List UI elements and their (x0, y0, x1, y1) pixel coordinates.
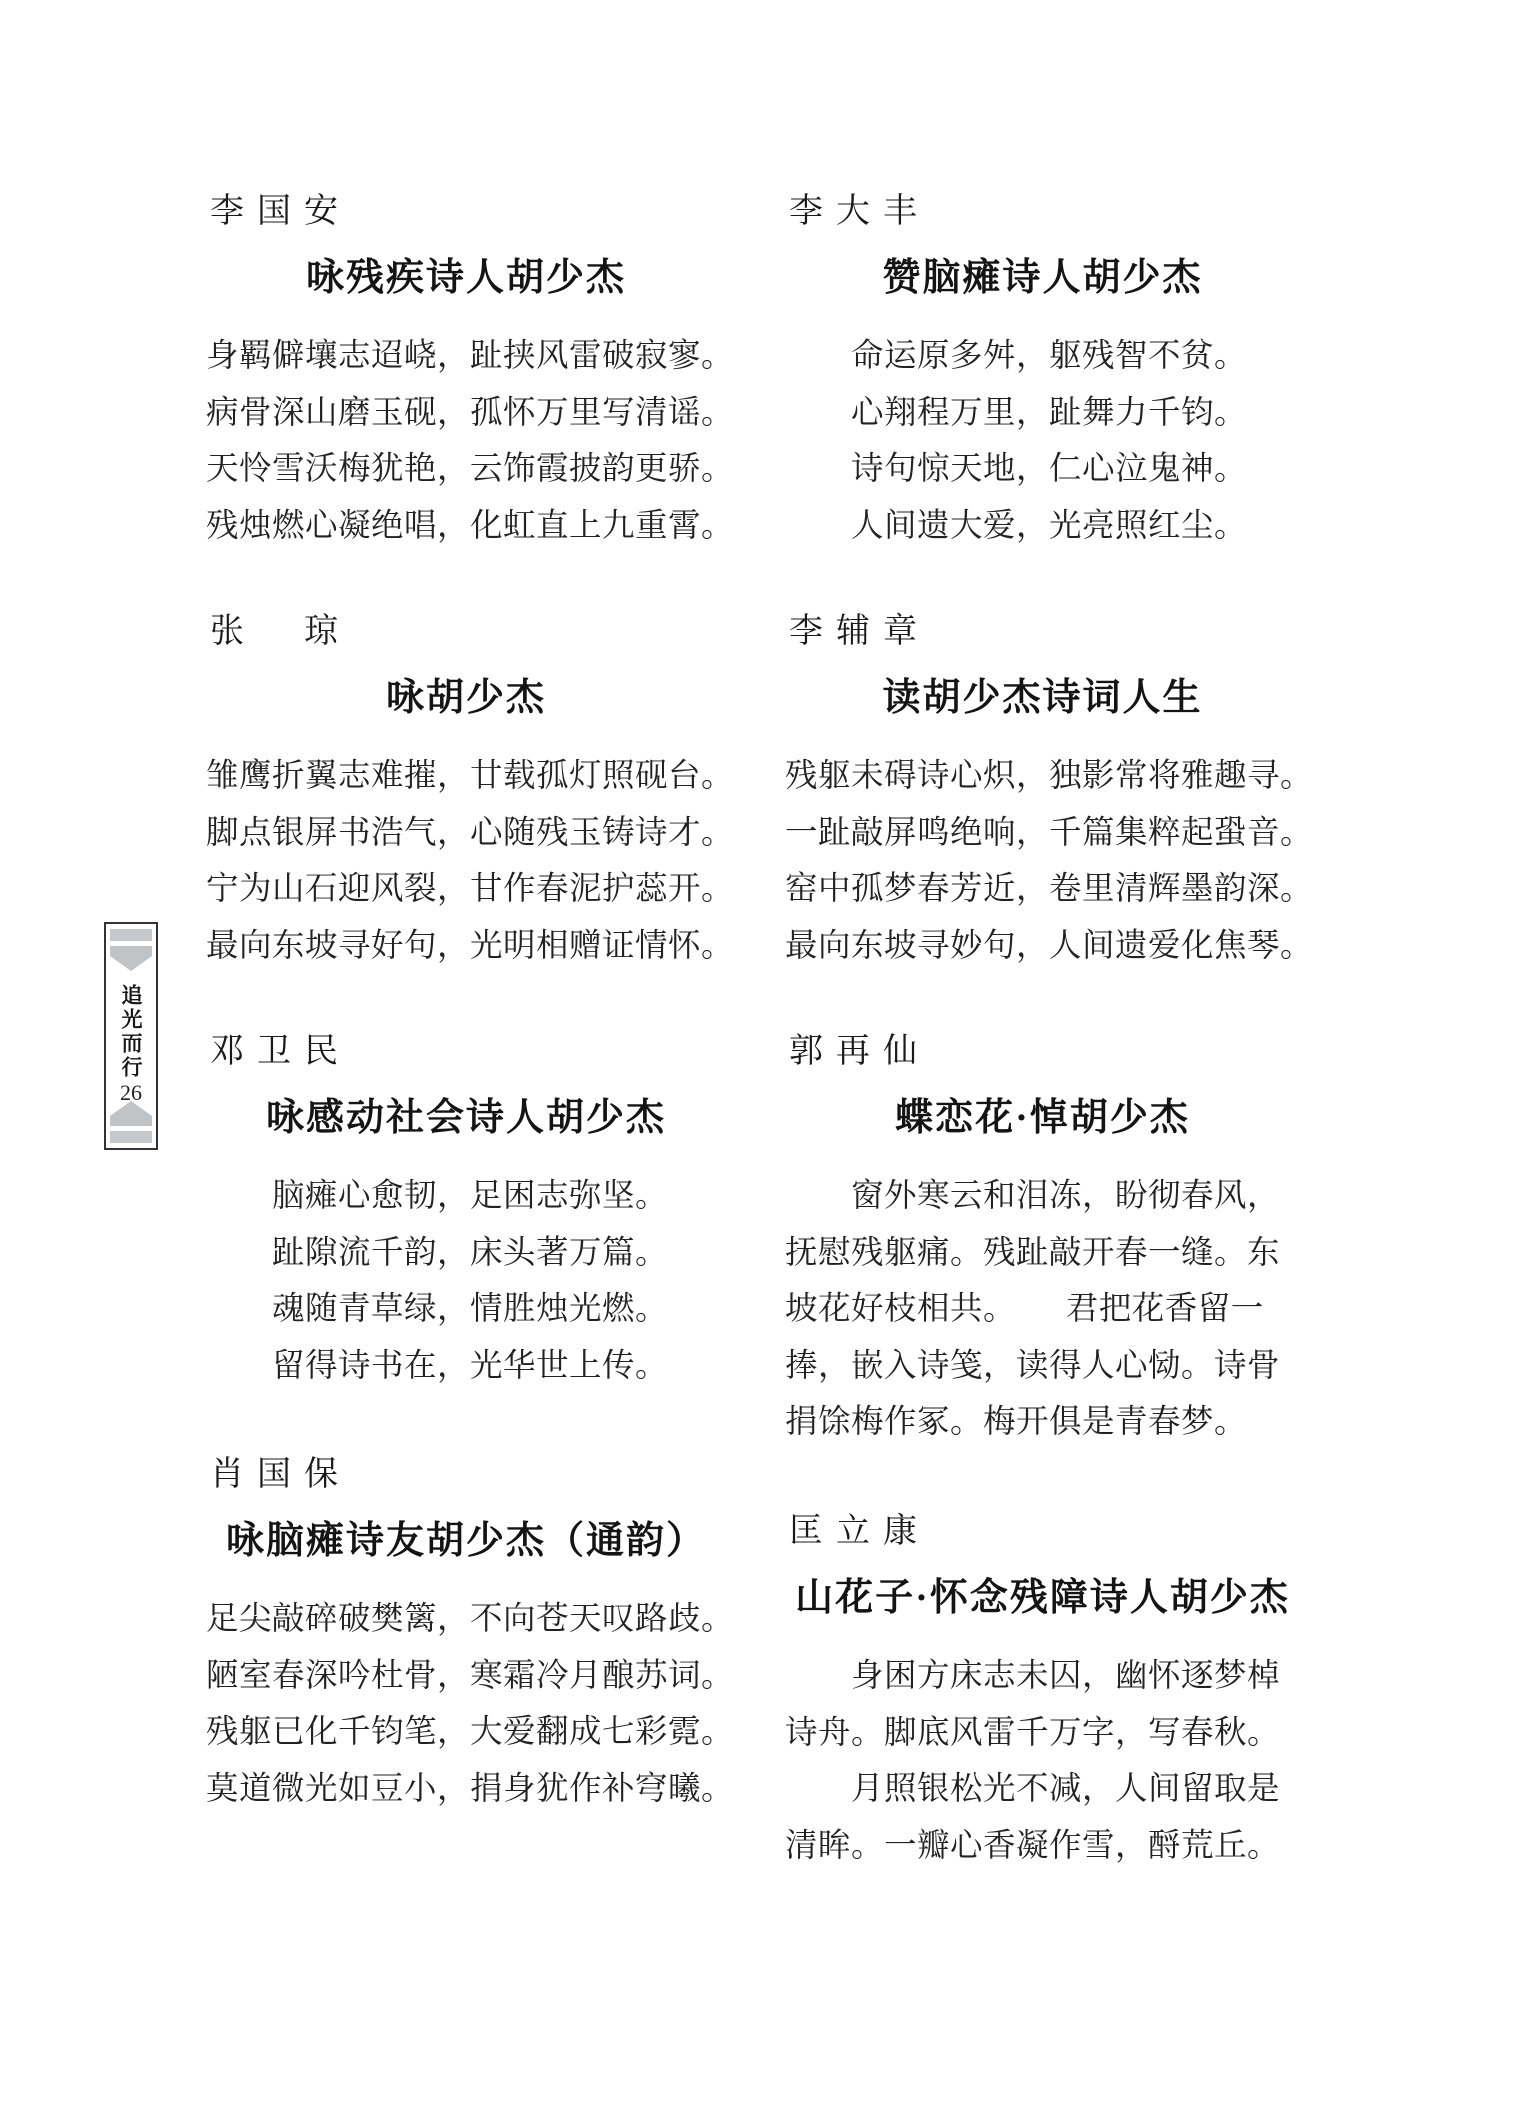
poem-block: 匡立康 山花子·怀念残障诗人胡少杰 身困方床志未囚，幽怀逐梦棹 诗舟。脚底风雷千… (785, 1510, 1300, 1874)
verse-line: 人间遗大爱，光亮照红尘。 (785, 498, 1300, 555)
poem-verses: 身羁僻壤志迢峣，趾挟风雷破寂寥。 病骨深山磨玉砚，孤怀万里写清谣。 天怜雪沃梅犹… (206, 328, 726, 554)
poem-block: 李大丰 赞脑瘫诗人胡少杰 命运原多舛，躯残智不贫。 心翔程万里，趾舞力千钧。 诗… (785, 190, 1300, 554)
verse-line: 陋室春深吟杜骨，寒霜冷月酿苏词。 (206, 1648, 726, 1705)
verse-line: 足尖敲碎破樊篱，不向苍天叹路歧。 (206, 1591, 726, 1648)
poem-verses: 雏鹰折翼志难摧，廿载孤灯照砚台。 脚点银屏书浩气，心随残玉铸诗才。 宁为山石迎风… (206, 748, 726, 974)
spine-top-bar (110, 929, 152, 941)
poem-title: 读胡少杰诗词人生 (785, 672, 1300, 724)
spine-bottom-bar (110, 1131, 152, 1143)
verse-line: 残烛燃心凝绝唱，化虹直上九重霄。 (206, 498, 726, 555)
poem-block: 肖国保 咏脑瘫诗友胡少杰（通韵） 足尖敲碎破樊篱，不向苍天叹路歧。 陋室春深吟杜… (206, 1453, 726, 1817)
verse-line: 残躯已化千钧笔，大爱翻成七彩霓。 (206, 1704, 726, 1761)
poem-title: 咏感动社会诗人胡少杰 (206, 1092, 726, 1144)
verse-line: 最向东坡寻妙句，人间遗爱化焦琴。 (785, 918, 1300, 975)
verse-line: 窗外寒云和泪冻，盼彻春风， (785, 1168, 1300, 1225)
verse-line: 天怜雪沃梅犹艳，云饰霞披韵更骄。 (206, 441, 726, 498)
book-page: 追光而行 26 李国安 咏残疾诗人胡少杰 身羁僻壤志迢峣，趾挟风雷破寂寥。 病骨… (0, 0, 1525, 2115)
verse-line: 诗句惊天地，仁心泣鬼神。 (785, 441, 1300, 498)
verse-line: 命运原多舛，躯残智不贫。 (785, 328, 1300, 385)
verse-line: 魂随青草绿，情胜烛光燃。 (206, 1281, 726, 1338)
verse-line: 脚点银屏书浩气，心随残玉铸诗才。 (206, 805, 726, 862)
verse-line: 残躯未碍诗心炽，独影常将雅趣寻。 (785, 748, 1300, 805)
poem-verses: 身困方床志未囚，幽怀逐梦棹 诗舟。脚底风雷千万字，写春秋。 月照银松光不减，人间… (785, 1648, 1300, 1874)
poem-verses: 足尖敲碎破樊篱，不向苍天叹路歧。 陋室春深吟杜骨，寒霜冷月酿苏词。 残躯已化千钧… (206, 1591, 726, 1817)
poem-author: 匡立康 (789, 1510, 1300, 1554)
verse-line: 脑瘫心愈韧，足困志弥坚。 (206, 1168, 726, 1225)
verse-line: 留得诗书在，光华世上传。 (206, 1338, 726, 1395)
poem-author: 李大丰 (789, 190, 1300, 234)
verse-line: 月照银松光不减，人间留取是 (785, 1761, 1300, 1818)
spine-ribbon-top-icon (110, 946, 152, 971)
poem-author: 邓卫民 (210, 1030, 726, 1074)
poem-author: 郭再仙 (789, 1030, 1300, 1074)
verse-line: 宁为山石迎风裂，甘作春泥护蕊开。 (206, 861, 726, 918)
verse-line: 捐馀梅作冢。梅开俱是青春梦。 (785, 1394, 1300, 1451)
poem-title: 赞脑瘫诗人胡少杰 (785, 252, 1300, 304)
poem-verses: 命运原多舛，躯残智不贫。 心翔程万里，趾舞力千钧。 诗句惊天地，仁心泣鬼神。 人… (785, 328, 1300, 554)
poem-title: 蝶恋花·悼胡少杰 (785, 1092, 1300, 1144)
book-spine: 追光而行 26 (104, 922, 158, 1150)
verse-line: 最向东坡寻好句，光明相赠证情怀。 (206, 918, 726, 975)
poem-block: 李国安 咏残疾诗人胡少杰 身羁僻壤志迢峣，趾挟风雷破寂寥。 病骨深山磨玉砚，孤怀… (206, 190, 726, 554)
verse-line: 病骨深山磨玉砚，孤怀万里写清谣。 (206, 385, 726, 442)
poem-verses: 残躯未碍诗心炽，独影常将雅趣寻。 一趾敲屏鸣绝响，千篇集粹起蛩音。 窑中孤梦春芳… (785, 748, 1300, 974)
verse-line: 窑中孤梦春芳近，卷里清辉墨韵深。 (785, 861, 1300, 918)
poem-verses: 窗外寒云和泪冻，盼彻春风， 抚慰残躯痛。残趾敲开春一缝。东 坡花好枝相共。 君把… (785, 1168, 1300, 1451)
poem-author: 李辅章 (789, 610, 1300, 654)
poem-title: 咏胡少杰 (206, 672, 726, 724)
poem-author: 张 琼 (210, 610, 726, 654)
verse-line: 身羁僻壤志迢峣，趾挟风雷破寂寥。 (206, 328, 726, 385)
verse-line: 莫道微光如豆小，捐身犹作补穹曦。 (206, 1761, 726, 1818)
poem-block: 邓卫民 咏感动社会诗人胡少杰 脑瘫心愈韧，足困志弥坚。 趾隙流千韵，床头著万篇。… (206, 1030, 726, 1394)
spine-title: 追光而行 (116, 984, 146, 1080)
verse-line: 雏鹰折翼志难摧，廿载孤灯照砚台。 (206, 748, 726, 805)
verse-line: 一趾敲屏鸣绝响，千篇集粹起蛩音。 (785, 805, 1300, 862)
verse-line: 趾隙流千韵，床头著万篇。 (206, 1225, 726, 1282)
poem-verses: 脑瘫心愈韧，足困志弥坚。 趾隙流千韵，床头著万篇。 魂随青草绿，情胜烛光燃。 留… (206, 1168, 726, 1394)
poem-title: 咏脑瘫诗友胡少杰（通韵） (206, 1515, 726, 1567)
verse-line: 心翔程万里，趾舞力千钧。 (785, 385, 1300, 442)
poem-author: 李国安 (210, 190, 726, 234)
verse-line: 抚慰残躯痛。残趾敲开春一缝。东 (785, 1225, 1300, 1282)
poem-author: 肖国保 (210, 1453, 726, 1497)
verse-line: 清眸。一瓣心香凝作雪，酹荒丘。 (785, 1818, 1300, 1875)
poem-title: 咏残疾诗人胡少杰 (206, 252, 726, 304)
poem-title: 山花子·怀念残障诗人胡少杰 (785, 1572, 1300, 1624)
verse-line: 捧，嵌入诗笺，读得人心恸。诗骨 (785, 1338, 1300, 1395)
verse-line: 诗舟。脚底风雷千万字，写春秋。 (785, 1705, 1300, 1762)
verse-line: 身困方床志未囚，幽怀逐梦棹 (785, 1648, 1300, 1705)
poem-block: 李辅章 读胡少杰诗词人生 残躯未碍诗心炽，独影常将雅趣寻。 一趾敲屏鸣绝响，千篇… (785, 610, 1300, 974)
poem-block: 郭再仙 蝶恋花·悼胡少杰 窗外寒云和泪冻，盼彻春风， 抚慰残躯痛。残趾敲开春一缝… (785, 1030, 1300, 1451)
poem-block: 张 琼 咏胡少杰 雏鹰折翼志难摧，廿载孤灯照砚台。 脚点银屏书浩气，心随残玉铸诗… (206, 610, 726, 974)
verse-line: 坡花好枝相共。 君把花香留一 (785, 1281, 1300, 1338)
